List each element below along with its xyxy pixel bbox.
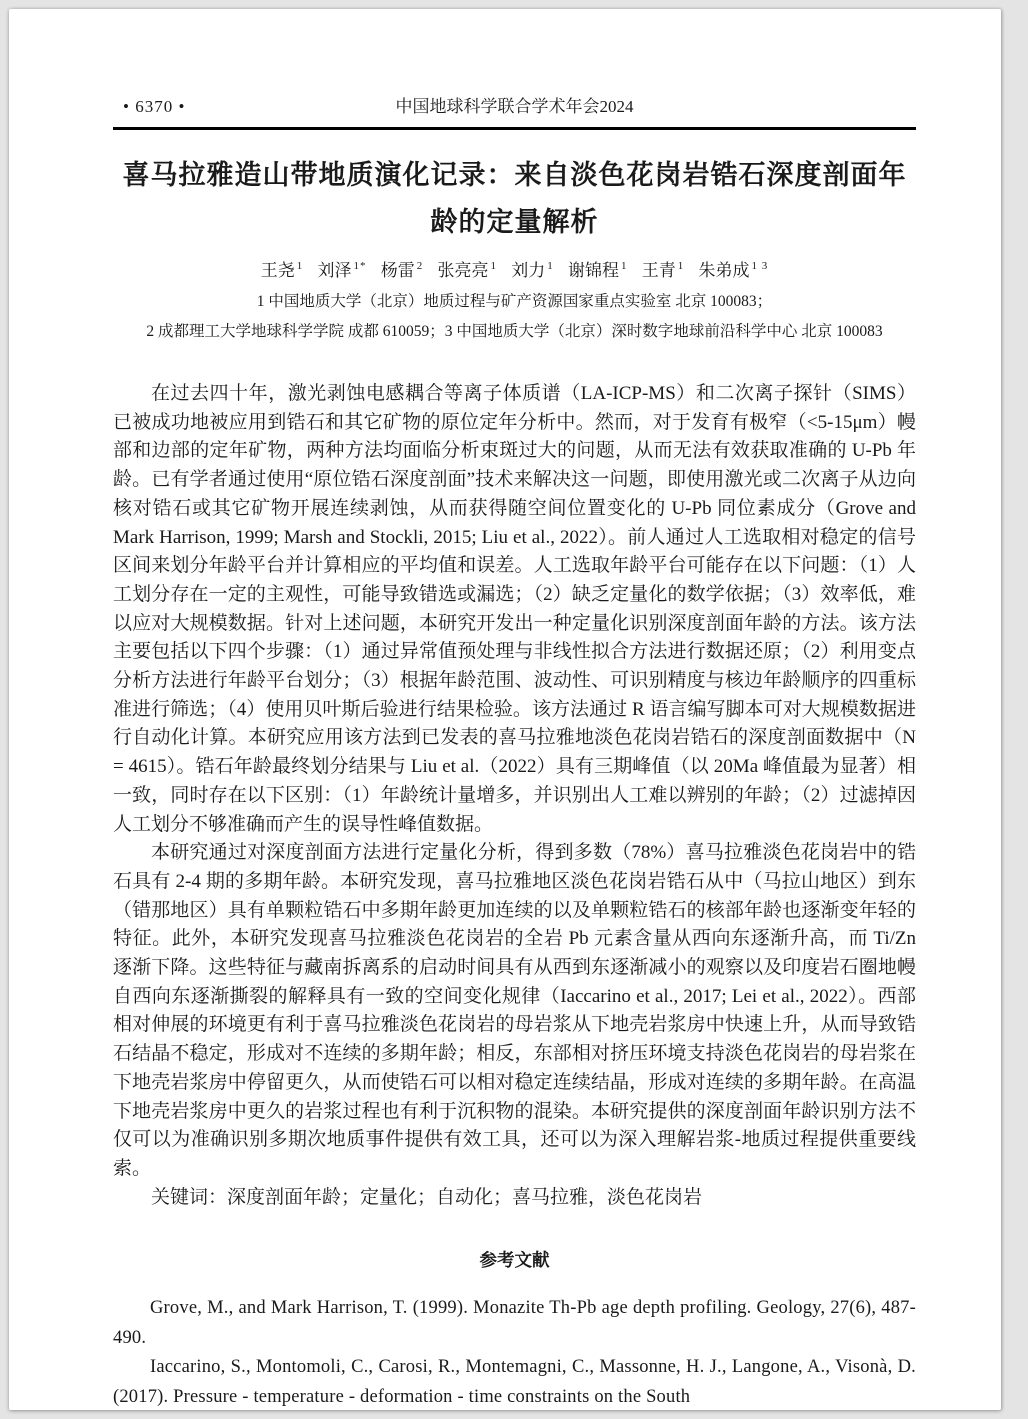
- author-name: 王尧: [261, 261, 295, 280]
- page-content: • 6370 • 中国地球科学联合学术年会2024 喜马拉雅造山带地质演化记录：…: [9, 9, 1001, 1412]
- author-name: 刘力: [511, 261, 545, 280]
- author-name: 杨雷: [381, 261, 415, 280]
- keywords-line: 关键词：深度剖面年龄；定量化；自动化；喜马拉雅，淡色花岗岩: [113, 1184, 916, 1213]
- keywords-label: 关键词：: [151, 1187, 227, 1208]
- author-affiliation-superscript: 1 3: [752, 260, 769, 272]
- author: 王青1: [642, 261, 685, 280]
- author-affiliation-superscript: 1: [547, 260, 554, 272]
- conference-name: 中国地球科学联合学术年会2024: [113, 95, 916, 119]
- document-page: • 6370 • 中国地球科学联合学术年会2024 喜马拉雅造山带地质演化记录：…: [9, 9, 1001, 1410]
- author: 谢锦程1: [568, 261, 628, 280]
- author-affiliation-superscript: 1: [491, 260, 498, 272]
- paper-title: 喜马拉雅造山带地质演化记录：来自淡色花岗岩锆石深度剖面年龄的定量解析: [113, 152, 916, 246]
- author-affiliation-superscript: 1: [297, 260, 304, 272]
- author-name: 朱弟成: [699, 261, 750, 280]
- author: 刘力1: [511, 261, 554, 280]
- keywords-text: 深度剖面年龄；定量化；自动化；喜马拉雅，淡色花岗岩: [227, 1187, 702, 1208]
- author: 朱弟成1 3: [699, 261, 769, 280]
- author-affiliation-superscript: 2: [417, 260, 424, 272]
- affiliations: 1 中国地质大学（北京）地质过程与矿产资源国家重点实验室 北京 100083； …: [113, 287, 916, 347]
- page-number: • 6370 •: [123, 95, 185, 119]
- abstract-paragraph: 在过去四十年，激光剥蚀电感耦合等离子体质谱（LA-ICP-MS）和二次离子探针（…: [113, 380, 916, 839]
- author-affiliation-superscript: 1*: [354, 260, 367, 272]
- abstract-body: 在过去四十年，激光剥蚀电感耦合等离子体质谱（LA-ICP-MS）和二次离子探针（…: [113, 380, 916, 1212]
- header-rule: [113, 127, 916, 130]
- author-name: 张亮亮: [438, 261, 489, 280]
- pdf-viewer-background: • 6370 • 中国地球科学联合学术年会2024 喜马拉雅造山带地质演化记录：…: [0, 0, 1028, 1419]
- author-affiliation-superscript: 1: [621, 260, 628, 272]
- reference-item: Grove, M., and Mark Harrison, T. (1999).…: [113, 1294, 916, 1353]
- references-list: Grove, M., and Mark Harrison, T. (1999).…: [113, 1294, 916, 1412]
- abstract-paragraph: 本研究通过对深度剖面方法进行定量化分析，得到多数（78%）喜马拉雅淡色花岗岩中的…: [113, 839, 916, 1183]
- author-affiliation-superscript: 1: [678, 260, 685, 272]
- references-heading: 参考文献: [113, 1248, 916, 1272]
- affiliation-line: 2 成都理工大学地球科学学院 成都 610059；3 中国地质大学（北京）深时数…: [113, 317, 916, 347]
- reference-item: Iaccarino, S., Montomoli, C., Carosi, R.…: [113, 1353, 916, 1412]
- affiliation-line: 1 中国地质大学（北京）地质过程与矿产资源国家重点实验室 北京 100083；: [113, 287, 916, 317]
- author-name: 刘泽: [318, 261, 352, 280]
- author: 刘泽1*: [318, 261, 367, 280]
- author: 张亮亮1: [438, 261, 498, 280]
- author-name: 谢锦程: [568, 261, 619, 280]
- running-header: • 6370 • 中国地球科学联合学术年会2024: [113, 9, 916, 119]
- author: 杨雷2: [381, 261, 424, 280]
- author-line: 王尧1 刘泽1* 杨雷2 张亮亮1 刘力1 谢锦程1 王青1 朱弟成1 3: [113, 259, 916, 283]
- author-name: 王青: [642, 261, 676, 280]
- author: 王尧1: [261, 261, 304, 280]
